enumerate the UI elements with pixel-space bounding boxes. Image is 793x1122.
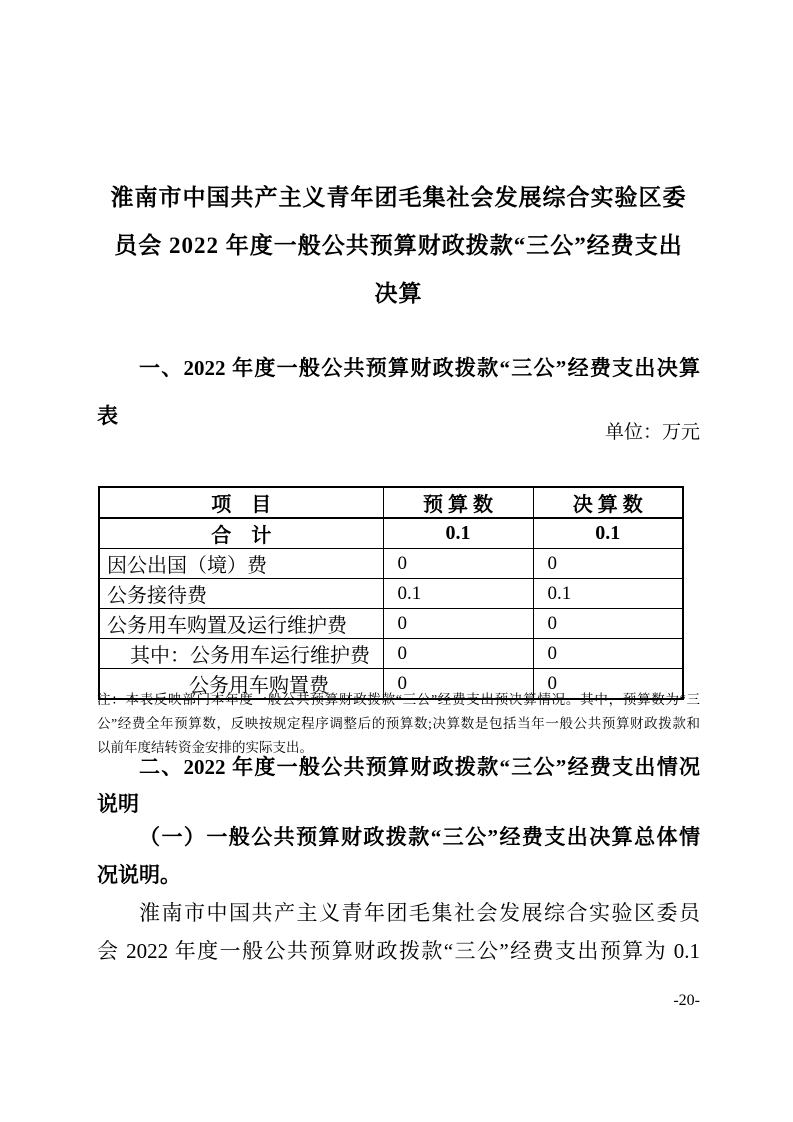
body-paragraph-line: 淮南市中国共产主义青年团毛集社会发展综合实验区委员 — [97, 894, 700, 932]
body-paragraph: 淮南市中国共产主义青年团毛集社会发展综合实验区委员 会 2022 年度一般公共预… — [97, 894, 700, 970]
subsection-1-heading-line: （一）一般公共预算财政拨款“三公”经费支出决算总体情 — [97, 818, 700, 856]
table-note-line: 公”经费全年预算数，反映按规定程序调整后的预算数;决算数是包括当年一般公共预算财… — [97, 712, 700, 736]
section-1-heading-line: 一、2022 年度一般公共预算财政拨款“三公”经费支出决算 — [97, 344, 700, 392]
row-final-value: 0.1 — [533, 518, 683, 549]
row-final-value: 0 — [533, 609, 683, 639]
subsection-1-heading: （一）一般公共预算财政拨款“三公”经费支出决算总体情 况说明。 — [97, 818, 700, 894]
page-number: -20- — [97, 990, 700, 1012]
row-item-label: 因公出国（境）费 — [99, 549, 383, 579]
body-paragraph-line: 会 2022 年度一般公共预算财政拨款“三公”经费支出预算为 0.1 — [97, 932, 700, 970]
table-row: 因公出国（境）费 0 0 — [99, 549, 683, 579]
row-budget-value: 0 — [383, 609, 533, 639]
section-2-heading: 二、2022 年度一般公共预算财政拨款“三公”经费支出情况 说明 — [97, 749, 700, 823]
title-line: 决算 — [97, 270, 700, 318]
subsection-1-heading-line: 况说明。 — [97, 856, 700, 894]
row-budget-value: 0 — [383, 639, 533, 669]
row-final-value: 0 — [533, 549, 683, 579]
table-header-row: 项 目 预 算 数 决 算 数 — [99, 487, 683, 518]
column-header-budget: 预 算 数 — [383, 487, 533, 518]
table-row: 其中：公务用车运行维护费 0 0 — [99, 639, 683, 669]
column-header-final: 决 算 数 — [533, 487, 683, 518]
column-header-item: 项 目 — [99, 487, 383, 518]
table-row: 公务用车购置及运行维护费 0 0 — [99, 609, 683, 639]
title-line: 员会 2022 年度一般公共预算财政拨款“三公”经费支出 — [97, 222, 700, 270]
three-public-expense-table: 项 目 预 算 数 决 算 数 合 计 0.1 0.1 因公出国（境）费 0 0… — [98, 486, 684, 700]
title-line: 淮南市中国共产主义青年团毛集社会发展综合实验区委 — [97, 174, 700, 222]
row-final-value: 0.1 — [533, 579, 683, 609]
row-budget-value: 0.1 — [383, 518, 533, 549]
table-row-total: 合 计 0.1 0.1 — [99, 518, 683, 549]
document-page: 淮南市中国共产主义青年团毛集社会发展综合实验区委 员会 2022 年度一般公共预… — [0, 0, 793, 1122]
row-item-label: 其中：公务用车运行维护费 — [99, 639, 383, 669]
row-final-value: 0 — [533, 639, 683, 669]
row-item-label: 公务接待费 — [99, 579, 383, 609]
section-2-heading-line: 二、2022 年度一般公共预算财政拨款“三公”经费支出情况 — [97, 749, 700, 786]
row-item-label: 合 计 — [99, 518, 383, 549]
table-note-line: 注：本表反映部门本年度一般公共预算财政拨款“三公”经费支出预决算情况。其中，预算… — [97, 688, 700, 712]
row-item-label: 公务用车购置及运行维护费 — [99, 609, 383, 639]
document-title: 淮南市中国共产主义青年团毛集社会发展综合实验区委 员会 2022 年度一般公共预… — [97, 174, 700, 318]
row-budget-value: 0 — [383, 549, 533, 579]
unit-label: 单位：万元 — [97, 420, 700, 446]
row-budget-value: 0.1 — [383, 579, 533, 609]
table-row: 公务接待费 0.1 0.1 — [99, 579, 683, 609]
